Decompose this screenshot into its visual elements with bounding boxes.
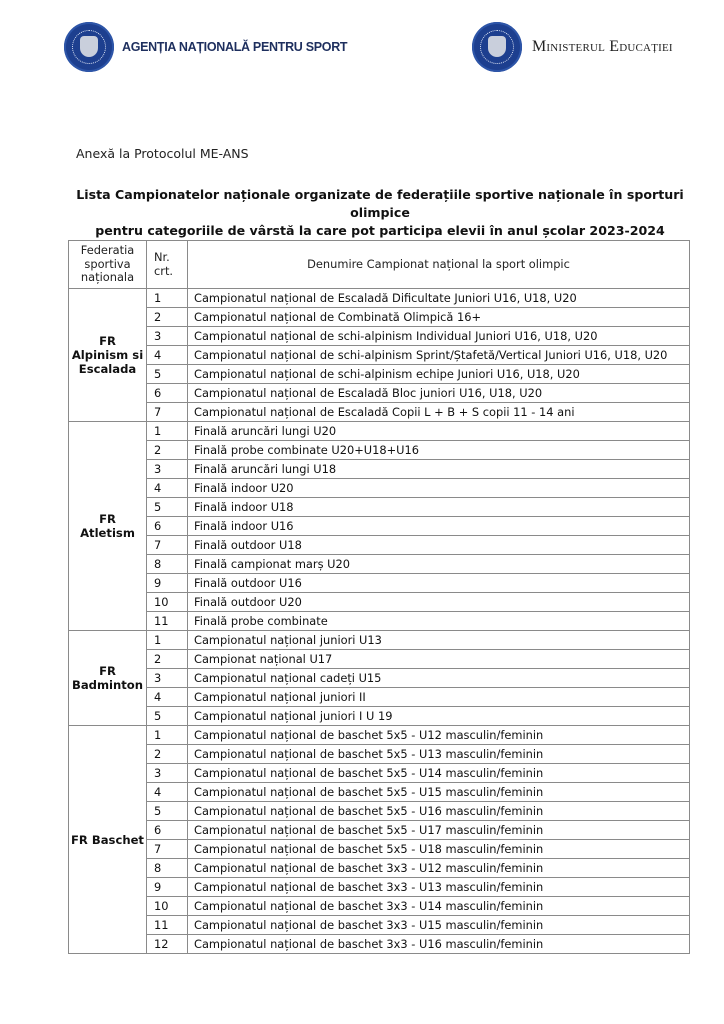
table-row: 2Campionatul național de baschet 5x5 - U… [69, 745, 690, 764]
championship-name: Campionatul național cadeți U15 [188, 669, 690, 688]
championship-name: Finală indoor U16 [188, 517, 690, 536]
row-number: 8 [147, 555, 188, 574]
ministry-logo: Ministerul Educației [472, 22, 673, 72]
annex-label: Anexă la Protocolul ME-ANS [76, 146, 249, 161]
championship-name: Finală aruncări lungi U18 [188, 460, 690, 479]
table-header-row: Federatia sportiva naționala Nr. crt. De… [69, 241, 690, 289]
table-row: 10Finală outdoor U20 [69, 593, 690, 612]
federation-cell: FRAlpinism siEscalada [69, 289, 147, 422]
championship-name: Campionatul național juniori U13 [188, 631, 690, 650]
championship-name: Campionat național U17 [188, 650, 690, 669]
row-number: 6 [147, 517, 188, 536]
table-row: 11Campionatul național de baschet 3x3 - … [69, 916, 690, 935]
championship-name: Campionatul național de baschet 5x5 - U1… [188, 840, 690, 859]
championship-name: Finală indoor U20 [188, 479, 690, 498]
championship-name: Campionatul național de baschet 5x5 - U1… [188, 783, 690, 802]
document-title: Lista Campionatelor naționale organizate… [60, 186, 700, 240]
championship-name: Campionatul național de schi-alpinism In… [188, 327, 690, 346]
row-number: 1 [147, 726, 188, 745]
table-row: 5Campionatul național de baschet 5x5 - U… [69, 802, 690, 821]
championship-name: Finală campionat marș U20 [188, 555, 690, 574]
romanian-government-seal-icon [64, 22, 114, 72]
championship-name: Finală probe combinate [188, 612, 690, 631]
row-number: 8 [147, 859, 188, 878]
row-number: 4 [147, 479, 188, 498]
page-header: AGENȚIA NAȚIONALĂ PENTRU SPORT Ministeru… [0, 22, 724, 78]
row-number: 2 [147, 650, 188, 669]
table-row: 9Finală outdoor U16 [69, 574, 690, 593]
row-number: 5 [147, 707, 188, 726]
row-number: 5 [147, 498, 188, 517]
championship-name: Campionatul național de baschet 5x5 - U1… [188, 764, 690, 783]
table-row: FRAlpinism siEscalada1Campionatul națion… [69, 289, 690, 308]
championship-name: Campionatul național de baschet 5x5 - U1… [188, 745, 690, 764]
table-row: 6Campionatul național de baschet 5x5 - U… [69, 821, 690, 840]
table-row: 12Campionatul național de baschet 3x3 - … [69, 935, 690, 954]
title-line-2: pentru categoriile de vârstă la care pot… [60, 222, 700, 240]
column-header-name: Denumire Campionat național la sport oli… [188, 241, 690, 289]
row-number: 2 [147, 441, 188, 460]
championship-name: Campionatul național de baschet 3x3 - U1… [188, 878, 690, 897]
championship-name: Campionatul național de schi-alpinism Sp… [188, 346, 690, 365]
table-row: 7Campionatul național de Escaladă Copii … [69, 403, 690, 422]
table-row: 4Campionatul național de schi-alpinism S… [69, 346, 690, 365]
table-row: 2Finală probe combinate U20+U18+U16 [69, 441, 690, 460]
table-row: 3Campionatul național cadeți U15 [69, 669, 690, 688]
row-number: 2 [147, 308, 188, 327]
championship-name: Campionatul național de Escaladă Copii L… [188, 403, 690, 422]
table-row: 7Finală outdoor U18 [69, 536, 690, 555]
row-number: 10 [147, 593, 188, 612]
federation-cell: FRBadminton [69, 631, 147, 726]
championship-name: Campionatul național de baschet 3x3 - U1… [188, 859, 690, 878]
row-number: 11 [147, 916, 188, 935]
table-row: 8Campionatul național de baschet 3x3 - U… [69, 859, 690, 878]
row-number: 3 [147, 669, 188, 688]
championship-name: Campionatul național de Combinată Olimpi… [188, 308, 690, 327]
table-row: FRBadminton1Campionatul național juniori… [69, 631, 690, 650]
championship-name: Finală outdoor U20 [188, 593, 690, 612]
table-row: FR Baschet1Campionatul național de basch… [69, 726, 690, 745]
row-number: 7 [147, 536, 188, 555]
championship-name: Finală probe combinate U20+U18+U16 [188, 441, 690, 460]
table-row: 4Finală indoor U20 [69, 479, 690, 498]
championship-name: Campionatul național de baschet 5x5 - U1… [188, 802, 690, 821]
championship-name: Finală aruncări lungi U20 [188, 422, 690, 441]
row-number: 6 [147, 384, 188, 403]
row-number: 5 [147, 802, 188, 821]
row-number: 11 [147, 612, 188, 631]
championship-name: Finală indoor U18 [188, 498, 690, 517]
row-number: 1 [147, 422, 188, 441]
table-row: 5Campionatul național de schi-alpinism e… [69, 365, 690, 384]
table-row: FRAtletism1Finală aruncări lungi U20 [69, 422, 690, 441]
table-row: 7Campionatul național de baschet 5x5 - U… [69, 840, 690, 859]
table-row: 2Campionat național U17 [69, 650, 690, 669]
championship-name: Finală outdoor U18 [188, 536, 690, 555]
row-number: 1 [147, 631, 188, 650]
table-row: 2Campionatul național de Combinată Olimp… [69, 308, 690, 327]
table-row: 9Campionatul național de baschet 3x3 - U… [69, 878, 690, 897]
row-number: 4 [147, 346, 188, 365]
ministry-name: Ministerul Educației [532, 38, 673, 56]
row-number: 7 [147, 403, 188, 422]
championship-name: Campionatul național de schi-alpinism ec… [188, 365, 690, 384]
table-row: 4Campionatul național juniori II [69, 688, 690, 707]
championship-name: Campionatul național de baschet 3x3 - U1… [188, 916, 690, 935]
row-number: 1 [147, 289, 188, 308]
championship-name: Campionatul național de baschet 5x5 - U1… [188, 726, 690, 745]
column-header-federation: Federatia sportiva naționala [69, 241, 147, 289]
table-row: 5Campionatul național juniori I U 19 [69, 707, 690, 726]
championship-name: Campionatul național juniori I U 19 [188, 707, 690, 726]
table-row: 6Finală indoor U16 [69, 517, 690, 536]
agency-name: AGENȚIA NAȚIONALĂ PENTRU SPORT [122, 40, 347, 54]
row-number: 3 [147, 764, 188, 783]
ans-logo: AGENȚIA NAȚIONALĂ PENTRU SPORT [64, 22, 347, 72]
championship-name: Campionatul național de baschet 3x3 - U1… [188, 935, 690, 954]
row-number: 7 [147, 840, 188, 859]
championship-name: Campionatul național de Escaladă Dificul… [188, 289, 690, 308]
row-number: 12 [147, 935, 188, 954]
row-number: 3 [147, 327, 188, 346]
row-number: 2 [147, 745, 188, 764]
championships-table: Federatia sportiva naționala Nr. crt. De… [68, 240, 690, 954]
table-row: 3Campionatul național de schi-alpinism I… [69, 327, 690, 346]
row-number: 4 [147, 783, 188, 802]
row-number: 3 [147, 460, 188, 479]
table-row: 5Finală indoor U18 [69, 498, 690, 517]
row-number: 5 [147, 365, 188, 384]
table-row: 11Finală probe combinate [69, 612, 690, 631]
table-row: 8Finală campionat marș U20 [69, 555, 690, 574]
federation-cell: FR Baschet [69, 726, 147, 954]
championship-name: Campionatul național de baschet 5x5 - U1… [188, 821, 690, 840]
row-number: 4 [147, 688, 188, 707]
table-row: 3Campionatul național de baschet 5x5 - U… [69, 764, 690, 783]
championship-name: Finală outdoor U16 [188, 574, 690, 593]
championship-name: Campionatul național de Escaladă Bloc ju… [188, 384, 690, 403]
table-row: 4Campionatul național de baschet 5x5 - U… [69, 783, 690, 802]
championship-name: Campionatul național de baschet 3x3 - U1… [188, 897, 690, 916]
table-row: 3Finală aruncări lungi U18 [69, 460, 690, 479]
table-row: 6Campionatul național de Escaladă Bloc j… [69, 384, 690, 403]
row-number: 6 [147, 821, 188, 840]
title-line-1: Lista Campionatelor naționale organizate… [60, 186, 700, 222]
table-row: 10Campionatul național de baschet 3x3 - … [69, 897, 690, 916]
row-number: 9 [147, 574, 188, 593]
row-number: 9 [147, 878, 188, 897]
federation-cell: FRAtletism [69, 422, 147, 631]
row-number: 10 [147, 897, 188, 916]
romanian-government-seal-icon [472, 22, 522, 72]
championship-name: Campionatul național juniori II [188, 688, 690, 707]
column-header-nr: Nr. crt. [147, 241, 188, 289]
